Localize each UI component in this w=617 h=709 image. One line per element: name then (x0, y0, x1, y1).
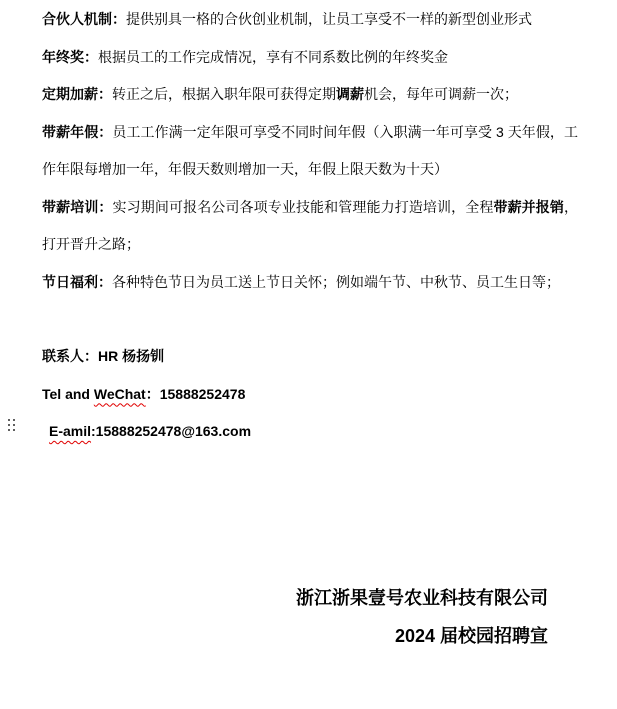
benefit-text: 机会，每年可调薪一次； (364, 86, 518, 102)
benefit-label: 带薪年假： (42, 124, 112, 140)
benefit-item-annual-leave: 带薪年假：员工工作满一定年限可享受不同时间年假（入职满一年可享受 3 天年假，工… (42, 114, 578, 189)
contact-email: E-amil:15888252478@163.com (42, 413, 578, 451)
benefit-text: 转正之后，根据入职年限可获得定期 (112, 86, 336, 102)
footer-section: 浙江浙果壹号农业科技有限公司 2024 届校园招聘宣 (296, 580, 548, 655)
benefit-label: 年终奖： (42, 49, 98, 65)
spellcheck-flagged-word: E-amil (49, 423, 91, 439)
benefit-text: 根据员工的工作完成情况，享有不同系数比例的年终奖金 (98, 49, 448, 65)
benefit-text-bold: 带薪并报销 (493, 199, 564, 215)
benefit-label: 带薪培训： (42, 199, 113, 215)
company-name: 浙江浙果壹号农业科技有限公司 (296, 580, 548, 618)
contact-section: 联系人：HR 杨扬钏 Tel and WeChat：15888252478 E-… (42, 338, 578, 451)
spellcheck-flagged-word: WeChat (94, 386, 146, 402)
contact-person: 联系人：HR 杨扬钏 (42, 338, 578, 376)
benefit-label: 节日福利： (42, 274, 112, 290)
benefit-text: 各种特色节日为员工送上节日关怀；例如端午节、中秋节、员工生日等； (112, 274, 560, 290)
drag-handle-icon[interactable] (8, 419, 15, 431)
benefit-item-bonus: 年终奖：根据员工的工作完成情况，享有不同系数比例的年终奖金 (42, 39, 578, 77)
contact-tel-wechat: Tel and WeChat：15888252478 (42, 376, 578, 414)
benefit-item-partner: 合伙人机制：提供别具一格的合伙创业机制，让员工享受不一样的新型创业形式 (42, 1, 578, 39)
benefit-text: 实习期间可报名公司各项专业技能和管理能力打造培训，全程 (113, 199, 494, 215)
document-page: { "colors": { "background": "#ffffff", "… (0, 0, 617, 709)
contact-tel-number: ：15888252478 (146, 386, 246, 402)
contact-tel-prefix: Tel and (42, 386, 94, 402)
benefit-text: 提供别具一格的合伙创业机制，让员工享受不一样的新型创业形式 (126, 11, 532, 27)
benefit-text-bold: 调薪 (336, 86, 364, 102)
benefit-item-raise: 定期加薪：转正之后，根据入职年限可获得定期调薪机会，每年可调薪一次； (42, 76, 578, 114)
benefits-section: 合伙人机制：提供别具一格的合伙创业机制，让员工享受不一样的新型创业形式 年终奖：… (42, 1, 578, 301)
benefit-item-paid-training: 带薪培训：实习期间可报名公司各项专业技能和管理能力打造培训，全程带薪并报销，打开… (42, 189, 578, 264)
benefit-text: 员工工作满一定年限可享受不同时间年假（入职满一年可享受 3 天年假，工作年限每增… (42, 124, 578, 178)
contact-email-address: :15888252478@163.com (91, 423, 251, 439)
recruitment-title: 2024 届校园招聘宣 (296, 618, 548, 656)
benefit-label: 定期加薪： (42, 86, 112, 102)
benefit-item-holiday: 节日福利：各种特色节日为员工送上节日关怀；例如端午节、中秋节、员工生日等； (42, 264, 578, 302)
benefit-label: 合伙人机制： (42, 11, 126, 27)
